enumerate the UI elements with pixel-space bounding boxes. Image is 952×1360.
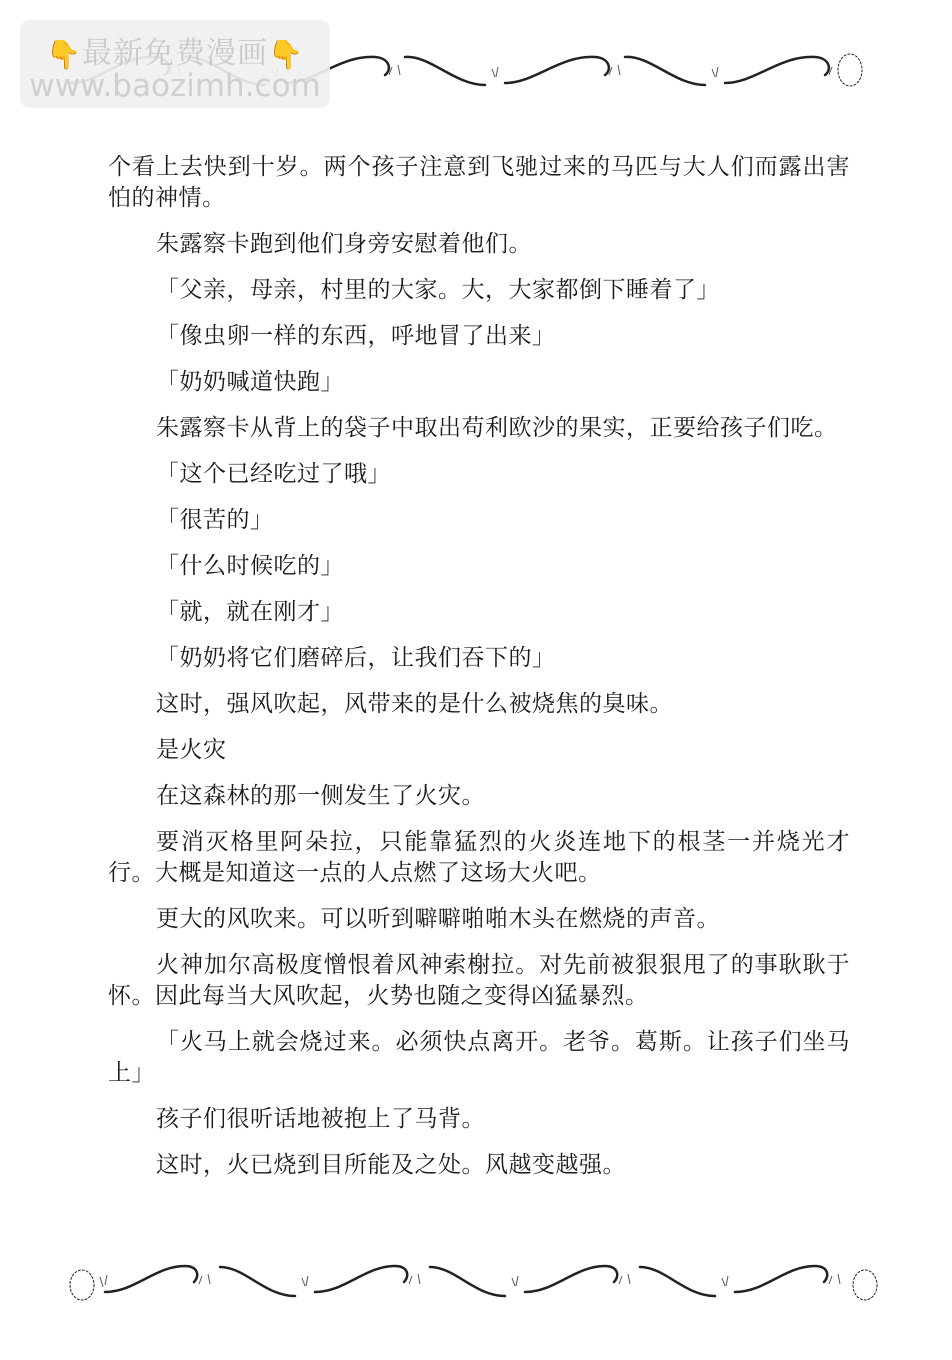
vine-ornament-icon <box>60 1252 890 1312</box>
pointing-down-hand-icon: 👇 <box>46 38 82 71</box>
dialogue-line: 「奶奶喊道快跑」 <box>108 367 850 398</box>
dialogue-line: 「很苦的」 <box>108 505 850 536</box>
paragraph: 孩子们很听话地被抱上了马背。 <box>108 1104 850 1135</box>
paragraph: 朱露察卡从背上的袋子中取出苟利欧沙的果实，正要给孩子们吃。 <box>108 413 850 444</box>
pointing-down-hand-icon: 👇 <box>268 38 304 71</box>
paragraph: 这时，强风吹起，风带来的是什么被烧焦的臭味。 <box>108 689 850 720</box>
watermark-url: www.baozimh.com <box>20 68 330 104</box>
bottom-ornament-divider <box>60 1252 890 1312</box>
watermark-title-text: 最新免费漫画 <box>82 36 268 71</box>
dialogue-line: 「什么时候吃的」 <box>108 551 850 582</box>
paragraph: 在这森林的那一侧发生了火灾。 <box>108 781 850 812</box>
watermark-banner: 👇最新免费漫画👇 www.baozimh.com <box>20 20 330 108</box>
paragraph: 火神加尔高极度憎恨着风神索榭拉。对先前被狠狠甩了的事耿耿于怀。因此每当大风吹起，… <box>108 950 850 1012</box>
page-body-text: 个看上去快到十岁。两个孩子注意到飞驰过来的马匹与大人们而露出害怕的神情。 朱露察… <box>108 152 850 1196</box>
dialogue-line: 「这个已经吃过了哦」 <box>108 459 850 490</box>
paragraph: 更大的风吹来。可以听到噼噼啪啪木头在燃烧的声音。 <box>108 904 850 935</box>
dialogue-line: 「父亲，母亲，村里的大家。大，大家都倒下睡着了」 <box>108 275 850 306</box>
dialogue-line: 「就，就在刚才」 <box>108 597 850 628</box>
dialogue-line: 「像虫卵一样的东西，呼地冒了出来」 <box>108 321 850 352</box>
paragraph: 朱露察卡跑到他们身旁安慰着他们。 <box>108 229 850 260</box>
paragraph: 是火灾 <box>108 735 850 766</box>
watermark-title: 👇最新免费漫画👇 <box>20 28 330 72</box>
paragraph: 这时，火已烧到目所能及之处。风越变越强。 <box>108 1150 850 1181</box>
paragraph: 个看上去快到十岁。两个孩子注意到飞驰过来的马匹与大人们而露出害怕的神情。 <box>108 152 850 214</box>
dialogue-line: 「火马上就会烧过来。必须快点离开。老爷。葛斯。让孩子们坐马上」 <box>108 1027 850 1089</box>
dialogue-line: 「奶奶将它们磨碎后，让我们吞下的」 <box>108 643 850 674</box>
paragraph: 要消灭格里阿朵拉，只能靠猛烈的火炎连地下的根茎一并烧光才行。大概是知道这一点的人… <box>108 827 850 889</box>
